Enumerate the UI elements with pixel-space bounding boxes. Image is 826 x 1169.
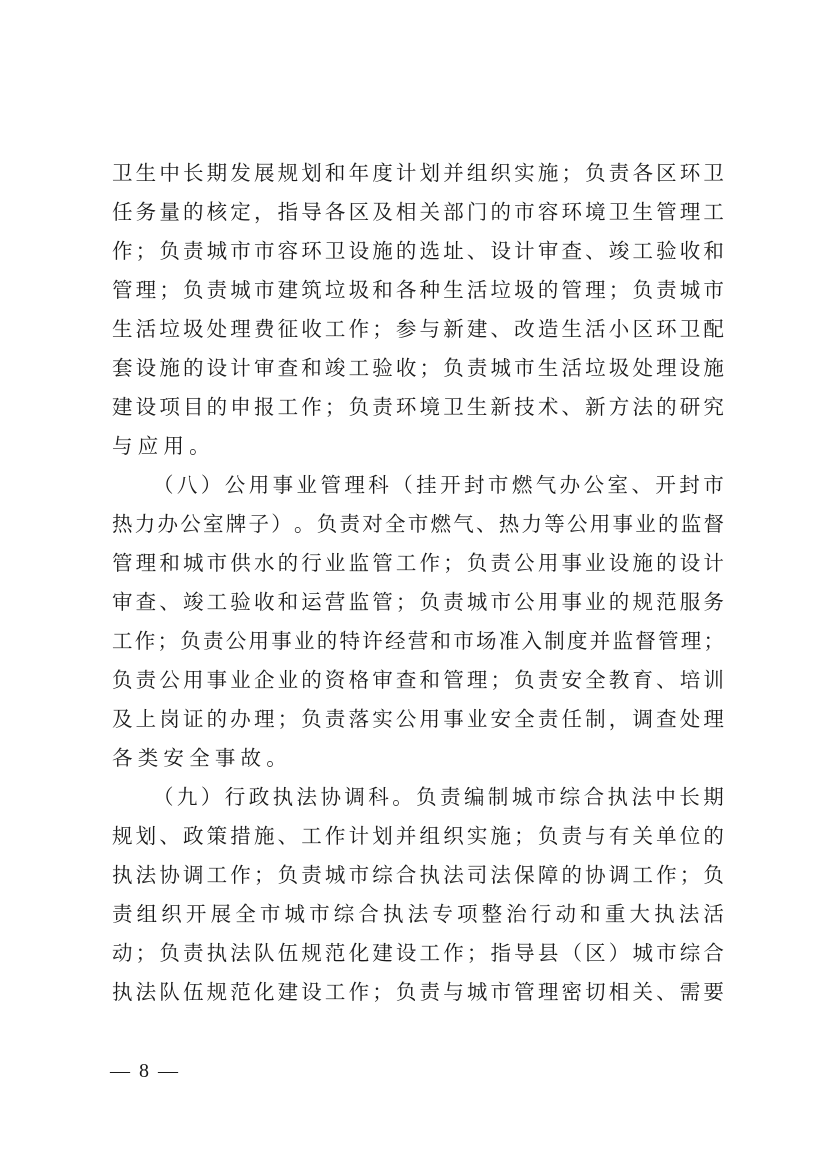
document-page: 卫生中长期发展规划和年度计划并组织实施；负责各区环卫任务量的核定，指导各区及相关… <box>0 0 826 1169</box>
text-line: 执法队伍规范化建设工作；负责与城市管理密切相关、需要 <box>112 973 724 1012</box>
text-line: 管理；负责城市建筑垃圾和各种生活垃圾的管理；负责城市 <box>112 271 724 310</box>
text-line: 及上岗证的办理；负责落实公用事业安全责任制，调查处理 <box>112 700 724 739</box>
text-line: 任务量的核定，指导各区及相关部门的市容环境卫生管理工 <box>112 193 724 232</box>
page-number: — 8 — <box>110 1060 180 1083</box>
text-line: （九）行政执法协调科。负责编制城市综合执法中长期 <box>112 778 724 817</box>
text-line: 责组织开展全市城市综合执法专项整治行动和重大执法活 <box>112 895 724 934</box>
text-line: 作；负责城市市容环卫设施的选址、设计审查、竣工验收和 <box>112 232 724 271</box>
text-line: 生活垃圾处理费征收工作；参与新建、改造生活小区环卫配 <box>112 310 724 349</box>
text-line: 负责公用事业企业的资格审查和管理；负责安全教育、培训 <box>112 661 724 700</box>
text-line: 卫生中长期发展规划和年度计划并组织实施；负责各区环卫 <box>112 154 724 193</box>
text-line: 执法协调工作；负责城市综合执法司法保障的协调工作；负 <box>112 856 724 895</box>
text-line: 审查、竣工验收和运营监管；负责城市公用事业的规范服务 <box>112 583 724 622</box>
text-line: 各类安全事故。 <box>112 739 724 778</box>
text-line: 工作；负责公用事业的特许经营和市场准入制度并监督管理； <box>112 622 724 661</box>
text-line: 与应用。 <box>112 427 724 466</box>
text-line: 热力办公室牌子）。负责对全市燃气、热力等公用事业的监督 <box>112 505 724 544</box>
text-line: （八）公用事业管理科（挂开封市燃气办公室、开封市 <box>112 466 724 505</box>
text-line: 建设项目的申报工作；负责环境卫生新技术、新方法的研究 <box>112 388 724 427</box>
document-body: 卫生中长期发展规划和年度计划并组织实施；负责各区环卫任务量的核定，指导各区及相关… <box>112 154 724 1012</box>
text-line: 规划、政策措施、工作计划并组织实施；负责与有关单位的 <box>112 817 724 856</box>
text-line: 管理和城市供水的行业监管工作；负责公用事业设施的设计 <box>112 544 724 583</box>
text-line: 套设施的设计审查和竣工验收；负责城市生活垃圾处理设施 <box>112 349 724 388</box>
text-line: 动；负责执法队伍规范化建设工作；指导县（区）城市综合 <box>112 934 724 973</box>
